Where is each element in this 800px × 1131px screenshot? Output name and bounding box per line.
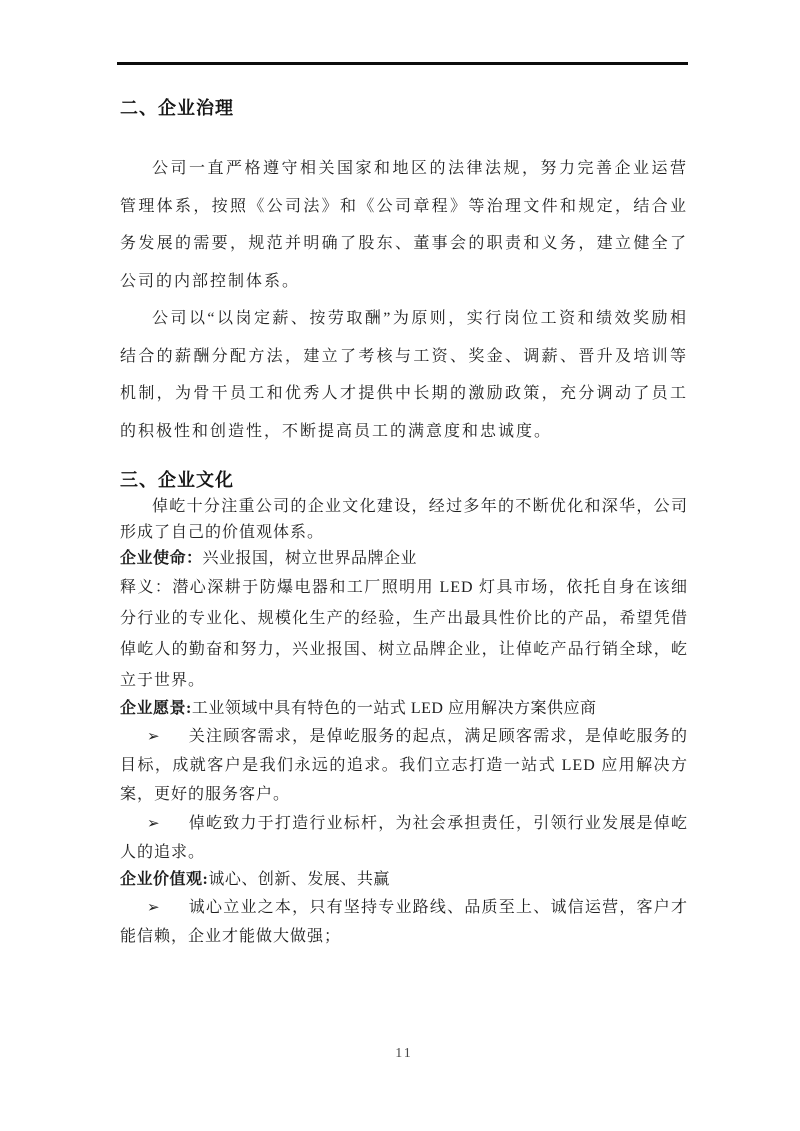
values-bullet-1-text: 诚心立业之本，只有坚持专业路线、品质至上、诚信运营，客户才能信赖，企业才能做大做… — [120, 899, 688, 945]
mission-interpretation-paragraph: 释义：潜心深耕于防爆电器和工厂照明用 LED 灯具市场，依托自身在该细分行业的专… — [120, 572, 688, 696]
vision-text: 工业领域中具有特色的一站式 LED 应用解决方案供应商 — [192, 700, 597, 717]
vision-bullet-1-text: 关注顾客需求，是倬屹服务的起点，满足顾客需求，是倬屹服务的目标，成就客户是我们永… — [120, 728, 688, 803]
section-heading-culture: 三、企业文化 — [120, 466, 688, 494]
document-page: 二、企业治理 公司一直严格遵守相关国家和地区的法律法规，努力完善企业运营管理体系… — [0, 0, 800, 1131]
governance-paragraph-1: 公司一直严格遵守相关国家和地区的法律法规，努力完善企业运营管理体系，按照《公司法… — [120, 150, 688, 300]
values-text: 诚心、创新、发展、共赢 — [208, 871, 390, 888]
values-bullet-1: ➢诚心立业之本，只有坚持专业路线、品质至上、诚信运营，客户才能信赖，企业才能做大… — [120, 893, 688, 951]
vision-bullet-1: ➢关注顾客需求，是倬屹服务的起点，满足顾客需求，是倬屹服务的目标，成就客户是我们… — [120, 722, 688, 809]
page-content: 二、企业治理 公司一直严格遵守相关国家和地区的法律法规，努力完善企业运营管理体系… — [120, 94, 688, 951]
culture-intro-paragraph: 倬屹十分注重公司的企业文化建设，经过多年的不断优化和深华，公司形成了自己的价值观… — [120, 494, 688, 546]
mission-line: 企业使命：兴业报国，树立世界品牌企业 — [120, 546, 688, 572]
vision-bullet-2-text: 倬屹致力于打造行业标杆，为社会承担责任，引领行业发展是倬屹人的追求。 — [120, 815, 688, 861]
vision-line: 企业愿景:工业领域中具有特色的一站式 LED 应用解决方案供应商 — [120, 696, 688, 722]
mission-text: 兴业报国，树立世界品牌企业 — [203, 550, 418, 567]
values-label: 企业价值观: — [120, 871, 208, 888]
interpretation-label: 释义： — [120, 579, 172, 596]
arrowhead-bullet-icon: ➢ — [147, 727, 161, 745]
page-number: 11 — [120, 1046, 688, 1062]
vision-bullet-2: ➢倬屹致力于打造行业标杆，为社会承担责任，引领行业发展是倬屹人的追求。 — [120, 809, 688, 867]
mission-label: 企业使命： — [120, 550, 203, 567]
arrowhead-bullet-icon: ➢ — [147, 814, 161, 832]
vision-label: 企业愿景: — [120, 700, 192, 717]
section-heading-governance: 二、企业治理 — [120, 94, 688, 122]
header-rule — [117, 62, 688, 65]
values-line: 企业价值观:诚心、创新、发展、共赢 — [120, 867, 688, 893]
interpretation-text: 潜心深耕于防爆电器和工厂照明用 LED 灯具市场，依托自身在该细分行业的专业化、… — [120, 579, 688, 689]
arrowhead-bullet-icon: ➢ — [147, 898, 161, 916]
governance-paragraph-2: 公司以“以岗定薪、按劳取酬”为原则，实行岗位工资和绩效奖励相结合的薪酬分配方法，… — [120, 300, 688, 450]
